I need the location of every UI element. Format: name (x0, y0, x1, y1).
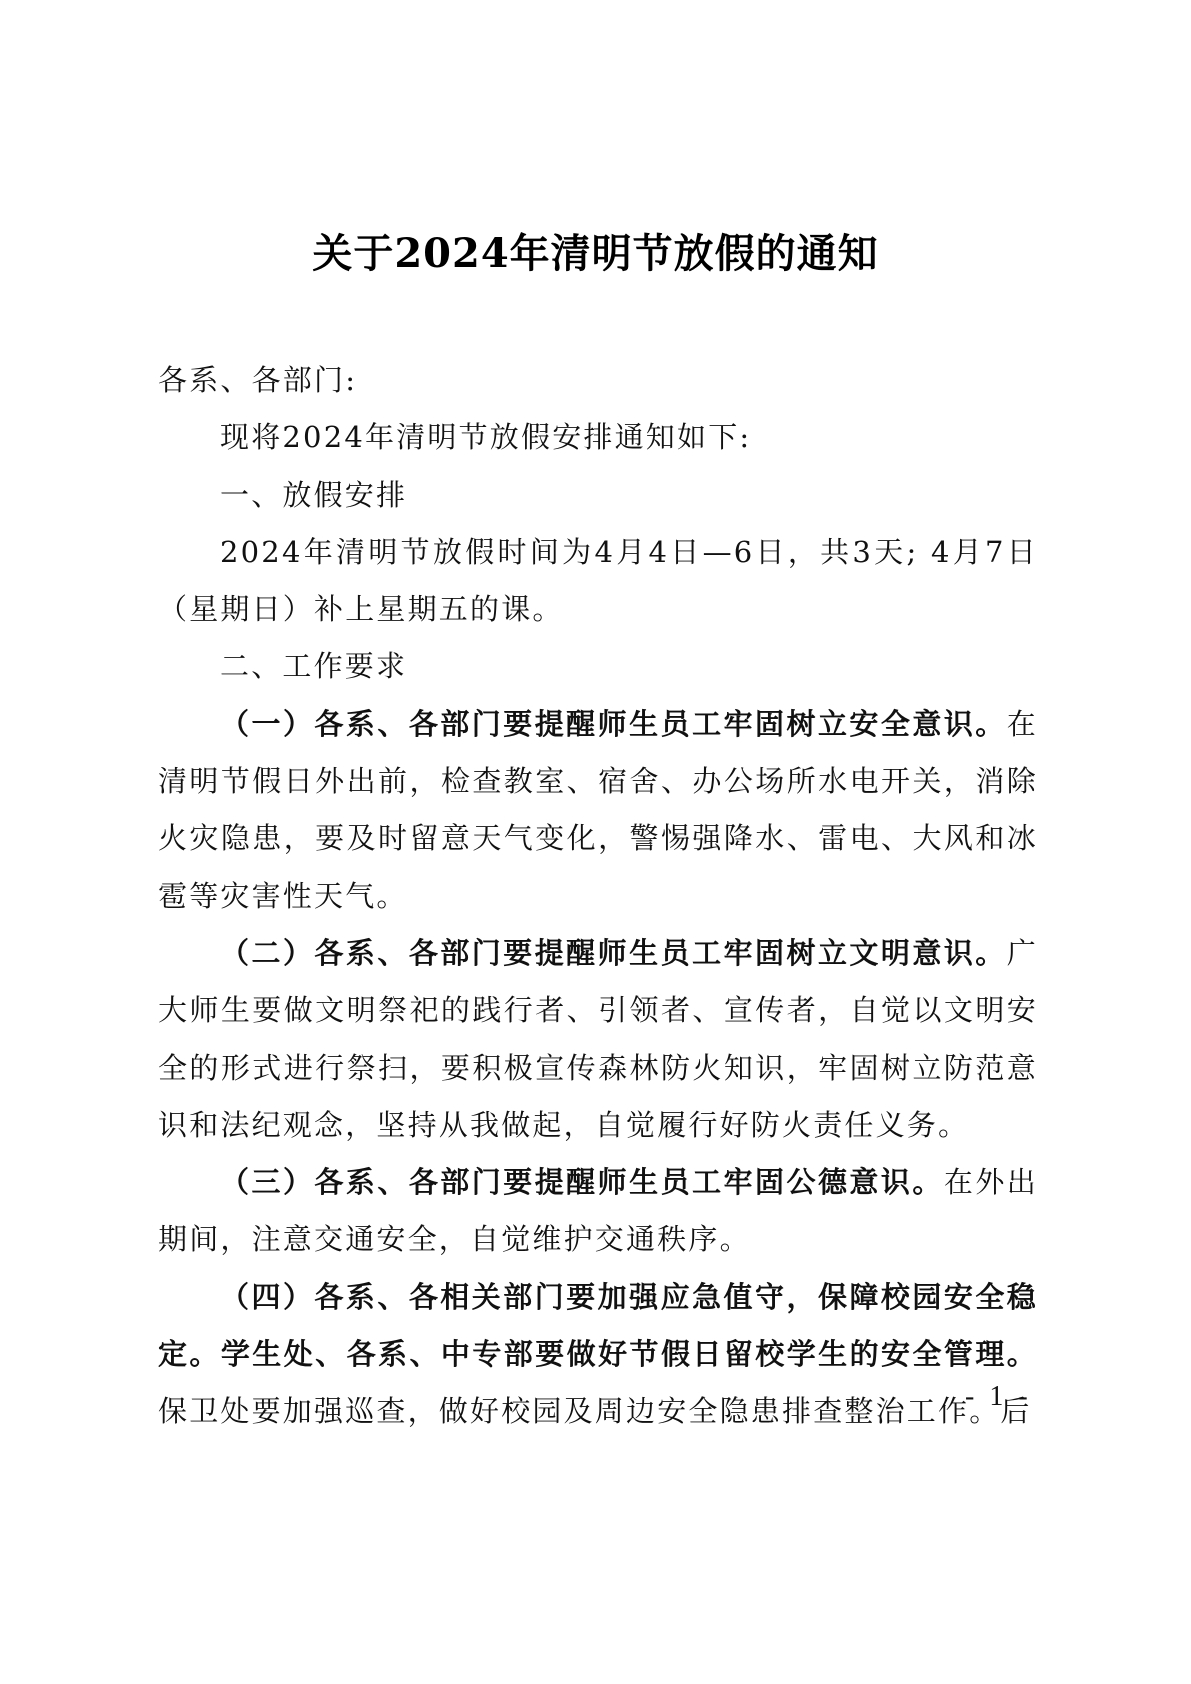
requirement-lead-1: （一）各系、各部门要提醒师生员工牢固树立安全意识。 (220, 707, 1007, 741)
salutation: 各系、各部门: (158, 352, 1038, 409)
requirement-paragraph-2: （二）各系、各部门要提醒师生员工牢固树立文明意识。广大师生要做文明祭祀的践行者、… (158, 925, 1038, 1154)
document-page: 关于2024年清明节放假的通知 各系、各部门: 现将2024年清明节放假安排通知… (0, 0, 1191, 1684)
requirement-paragraph-3: （三）各系、各部门要提醒师生员工牢固公德意识。在外出期间，注意交通安全，自觉维护… (158, 1154, 1038, 1269)
requirement-paragraph-1: （一）各系、各部门要提醒师生员工牢固树立安全意识。在清明节假日外出前，检查教室、… (158, 696, 1038, 925)
section-heading-work-requirements: 二、工作要求 (158, 638, 1038, 695)
holiday-arrangement-paragraph: 2024年清明节放假时间为4月4日—6日，共3天; 4月7日（星期日）补上星期五… (158, 524, 1038, 639)
page-number: - 1 - (965, 1377, 1032, 1417)
intro-paragraph: 现将2024年清明节放假安排通知如下: (158, 409, 1038, 466)
requirement-lead-4: （四）各系、各相关部门要加强应急值守，保障校园安全稳定。学生处、各系、中专部要做… (158, 1280, 1038, 1371)
requirement-lead-2: （二）各系、各部门要提醒师生员工牢固树立文明意识。 (220, 936, 1007, 970)
document-body: 各系、各部门: 现将2024年清明节放假安排通知如下: 一、放假安排 2024年… (158, 352, 1038, 1441)
document-title: 关于2024年清明节放假的通知 (0, 226, 1191, 282)
section-heading-holiday-arrangement: 一、放假安排 (158, 467, 1038, 524)
requirement-lead-3: （三）各系、各部门要提醒师生员工牢固公德意识。 (220, 1165, 944, 1199)
requirement-paragraph-4: （四）各系、各相关部门要加强应急值守，保障校园安全稳定。学生处、各系、中专部要做… (158, 1269, 1038, 1441)
requirement-text-4: 保卫处要加强巡查，做好校园及周边安全隐患排查整治工作。后 (158, 1394, 1032, 1428)
